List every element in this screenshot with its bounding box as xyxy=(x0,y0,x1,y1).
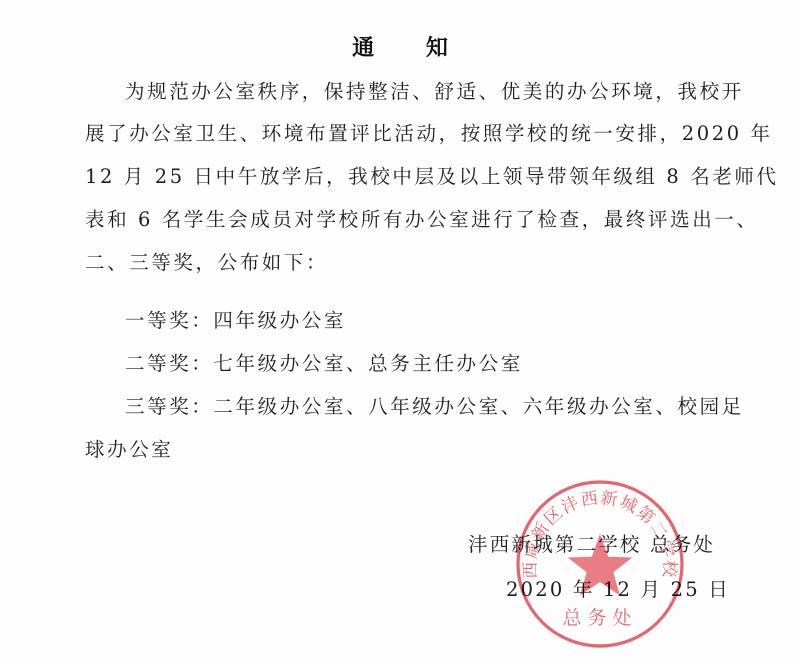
award-second-winners: 七年级办公室、总务主任办公室 xyxy=(213,352,522,375)
seal-bottom-text: 总务处 xyxy=(562,607,637,629)
notice-document: 通 知 为规范办公室秩序，保持整洁、舒适、优美的办公环境，我校开 展了办公室卫生… xyxy=(0,0,800,662)
paragraph-line-2: 展了办公室卫生、环境布置评比活动，按照学校的统一安排，2020 年 xyxy=(85,121,697,147)
award-first: 一等奖：四年级办公室 xyxy=(125,308,737,334)
paragraph-line-4: 表和 6 名学生会成员对学校所有办公室进行了检查，最终评选出一、 xyxy=(85,207,697,233)
award-first-label: 一等奖： xyxy=(125,309,213,332)
paragraph-line-3: 12 月 25 日中午放学后，我校中层及以上领导带领年级组 8 名老师代 xyxy=(85,164,697,190)
award-second-label: 二等奖： xyxy=(125,352,213,375)
award-second: 二等奖：七年级办公室、总务主任办公室 xyxy=(125,351,737,377)
document-title: 通 知 xyxy=(0,31,800,62)
award-third-winners: 二年级办公室、八年级办公室、六年级办公室、校园足 xyxy=(213,395,743,418)
official-seal-stamp-icon: 西咸新区沣西新城第二学校 总务处 xyxy=(514,478,686,650)
paragraph-line-1: 为规范办公室秩序，保持整洁、舒适、优美的办公环境，我校开 xyxy=(125,79,737,105)
award-third-continuation: 球办公室 xyxy=(85,437,697,463)
paragraph-line-5: 二、三等奖，公布如下： xyxy=(85,250,697,276)
award-third: 三等奖：二年级办公室、八年级办公室、六年级办公室、校园足 xyxy=(125,394,737,420)
award-third-label: 三等奖： xyxy=(125,395,213,418)
award-first-winners: 四年级办公室 xyxy=(213,309,346,332)
seal-star-icon xyxy=(568,534,633,596)
